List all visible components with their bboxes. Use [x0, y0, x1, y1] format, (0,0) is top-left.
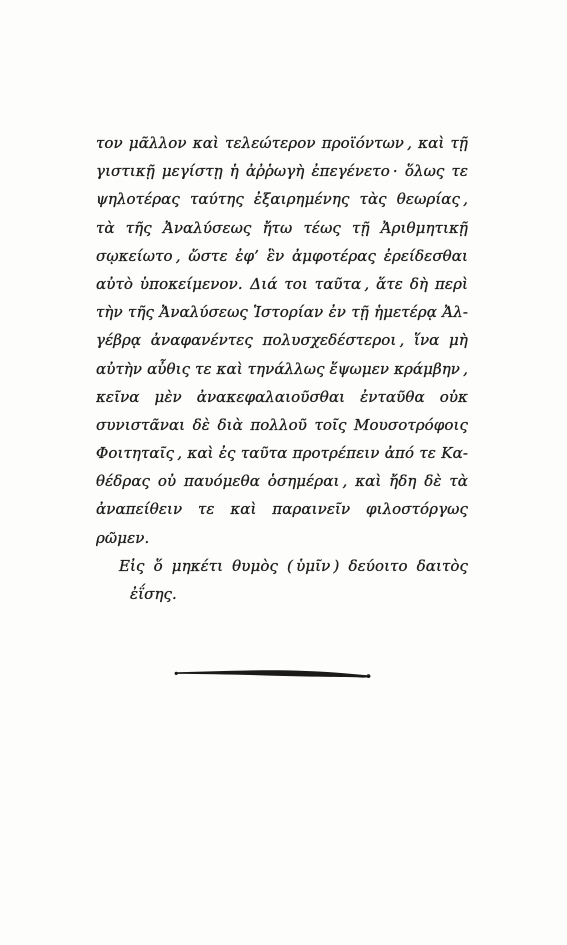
text-line: γιστικῇ μεγίστῃ ἡ ἀῤῥωγὴ ἐπεγένετο · ὅλω… [96, 157, 468, 185]
text-line: θέδρας οὐ παυόμεθα ὁσημέραι , καὶ ἤδη δὲ… [96, 467, 468, 495]
text-line: σῳκείωτο , ὥστε ἐφ’ ἓν ἀμφοτέρας ἐρείδεσ… [96, 242, 468, 270]
section-divider [174, 668, 374, 682]
text-line: κεῖνα μὲν ἀνακεφαλαιοῦσθαι ἐνταῦθα οὐκ ἔ… [96, 383, 468, 411]
text-line: τὰ τῆς Ἀναλύσεως ἤτω τέως τῇ Ἀριθμητικῇ … [96, 214, 468, 242]
page-text: τον μᾶλλον καὶ τελεώτερον προϊόντων , κα… [96, 129, 468, 608]
text-line: Φοιτηταῖς , καὶ ἐς ταῦτα προτρέπειν ἀπό … [96, 439, 468, 467]
text-line: τὴν τῆς Ἀναλύσεως Ἱστορίαν ἐν τῇ ἡμετέρᾳ… [96, 298, 468, 326]
tapered-rule-icon [174, 668, 374, 682]
text-line: τον μᾶλλον καὶ τελεώτερον προϊόντων , κα… [96, 129, 468, 157]
text-line: ἀναπείθειν τε καὶ παραινεῖν φιλοστόργως … [96, 495, 468, 523]
text-line: αὐτὴν αὖθις τε καὶ τηνάλλως ἕψωμεν κράμβ… [96, 355, 468, 383]
text-line: γέβρᾳ ἀναφανέντες πολυσχεδέστεροι , ἵνα … [96, 326, 468, 354]
text-line: ρῶμεν. [96, 524, 468, 552]
text-line: ψηλοτέρας ταύτης ἐξαιρημένης τὰς θεωρίας… [96, 185, 468, 213]
text-line: αὐτὸ ὑποκείμενον. Διά τοι ταῦτα , ἅτε δὴ… [96, 270, 468, 298]
text-line: συνιστᾶναι δὲ διὰ πολλοῦ τοῖς Μουσοτρόφο… [96, 411, 468, 439]
quote-line: Εἰς ὅ μηκέτι θυμὸς ( ὑμῖν ) δεύοιτο δαιτ… [96, 552, 468, 580]
scanned-page: τον μᾶλλον καὶ τελεώτερον προϊόντων , κα… [0, 0, 567, 945]
quote-line: ἐΐσης. [96, 580, 468, 608]
